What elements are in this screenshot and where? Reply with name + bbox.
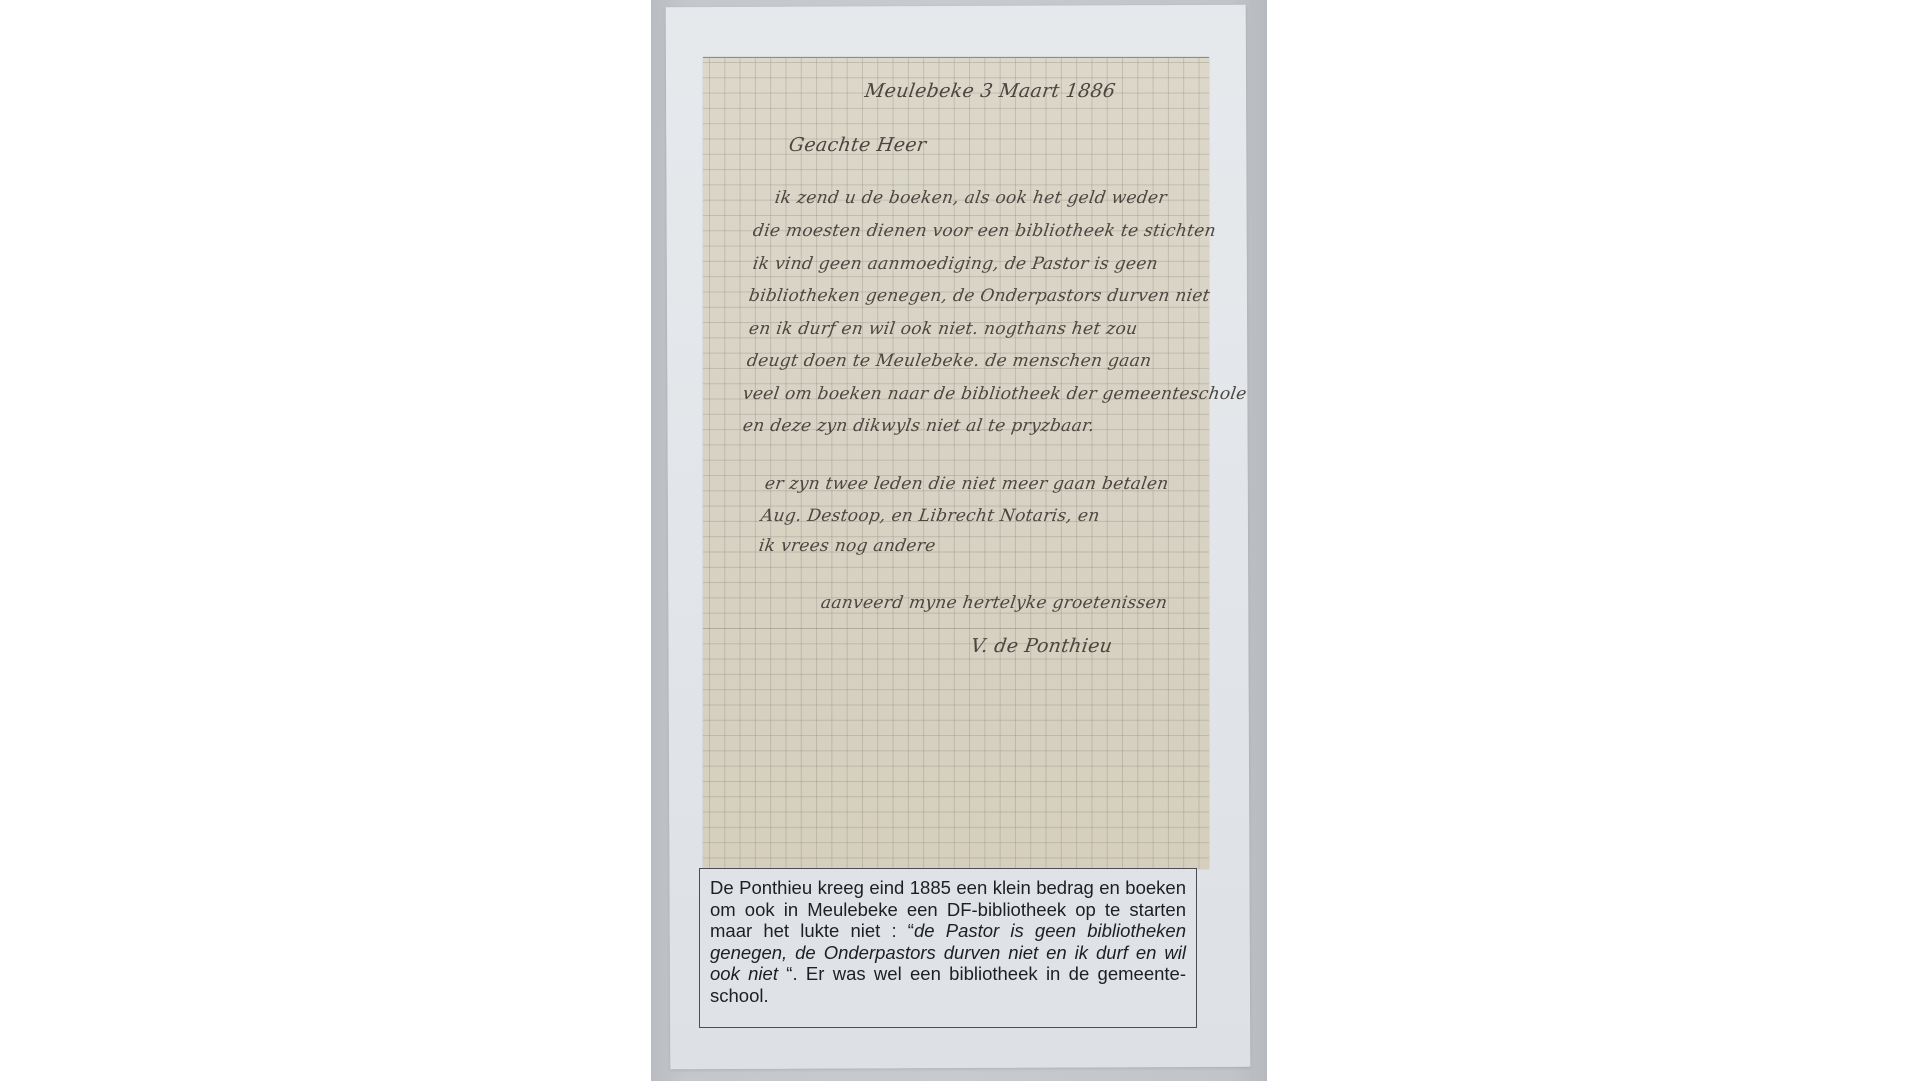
letter-line: ik vrees nog andere xyxy=(758,536,937,556)
handwritten-letter-page: Meulebeke 3 Maart 1886 Geachte Heer ik z… xyxy=(703,57,1209,869)
paper-fold-line xyxy=(703,628,1209,629)
letter-line: er zyn twee leden die niet meer gaan bet… xyxy=(764,474,1170,494)
letter-line: bibliotheken genegen, de Onderpastors du… xyxy=(748,286,1212,306)
letter-line: veel om boeken naar de bibliotheek der g… xyxy=(742,384,1248,404)
letter-line: en ik durf en wil ook niet. nogthans het… xyxy=(748,319,1139,339)
letter-line: Aug. Destoop, en Librecht Notaris, en xyxy=(760,506,1101,526)
letter-line: en deze zyn dikwyls niet al te pryzbaar. xyxy=(742,416,1096,436)
letter-line: deugt doen te Meulebeke. de menschen gaa… xyxy=(746,351,1153,371)
letter-line: ik vind geen aanmoediging, de Pastor is … xyxy=(752,254,1160,274)
letter-date: Meulebeke 3 Maart 1886 xyxy=(863,80,1117,102)
letter-line: die moesten dienen voor een bibliotheek … xyxy=(752,221,1218,241)
caption-text-end: “. Er was wel een bibliotheek in de geme… xyxy=(710,963,1186,1006)
letter-salutation: Geachte Heer xyxy=(787,134,927,156)
letter-signature: V. de Ponthieu xyxy=(969,635,1113,657)
letter-line: ik zend u de boeken, als ook het geld we… xyxy=(774,188,1169,208)
caption-box: De Ponthieu kreeg eind 1885 een klein be… xyxy=(699,868,1197,1028)
letter-closing: aanveerd myne hertelyke groetenissen xyxy=(820,593,1169,613)
